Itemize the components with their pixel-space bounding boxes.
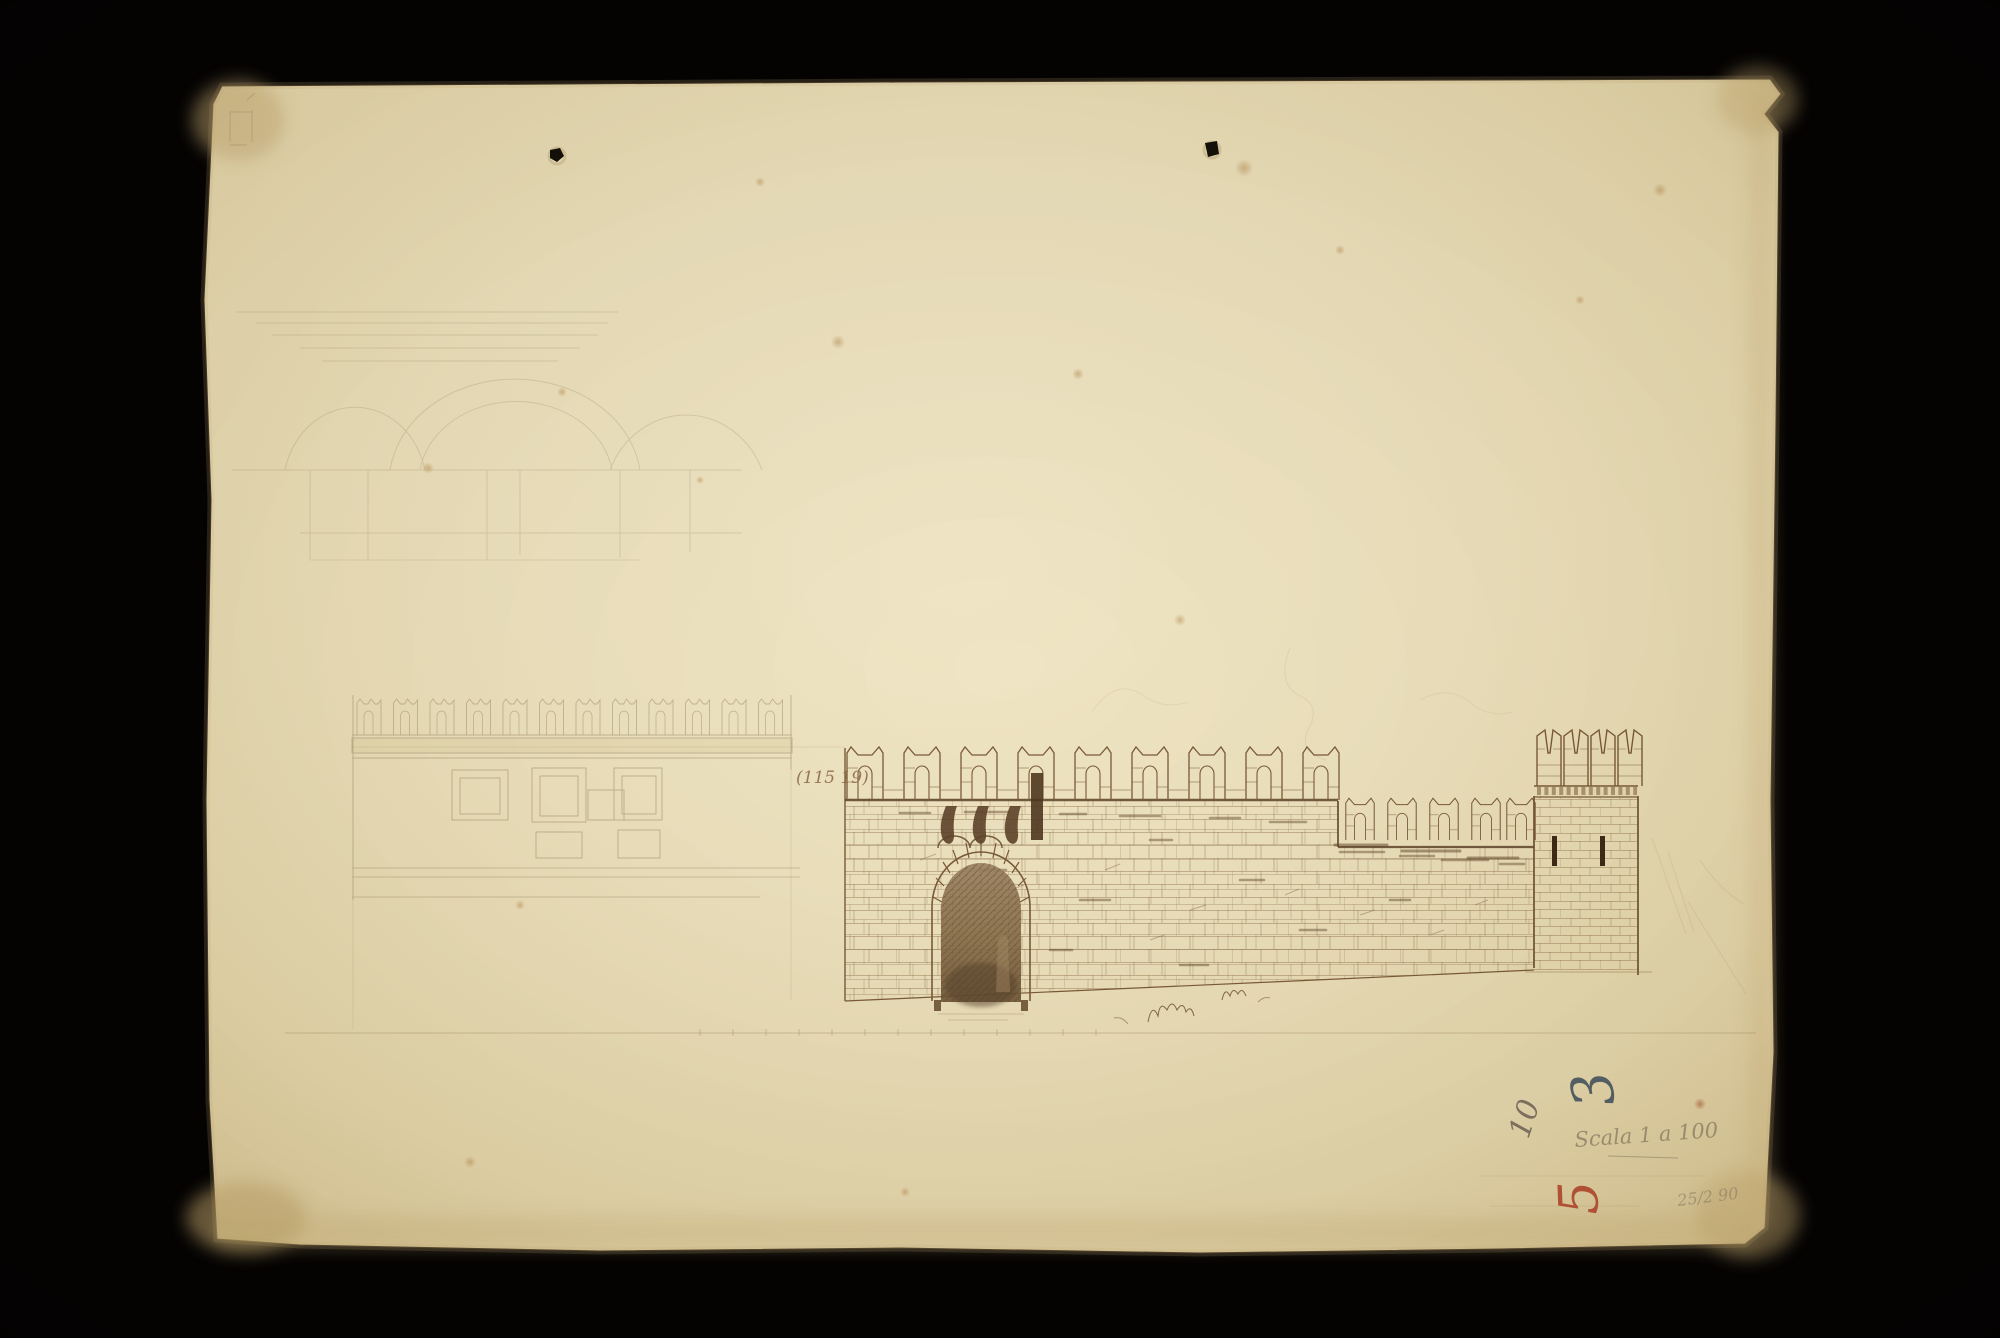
- photo-vignette: [0, 0, 2000, 1338]
- photograph-of-drawing: (115 19) 3 10 Scala 1 a 100 5 25/2 90: [0, 0, 2000, 1338]
- drawing-canvas: (115 19) 3 10 Scala 1 a 100 5 25/2 90: [0, 0, 2000, 1338]
